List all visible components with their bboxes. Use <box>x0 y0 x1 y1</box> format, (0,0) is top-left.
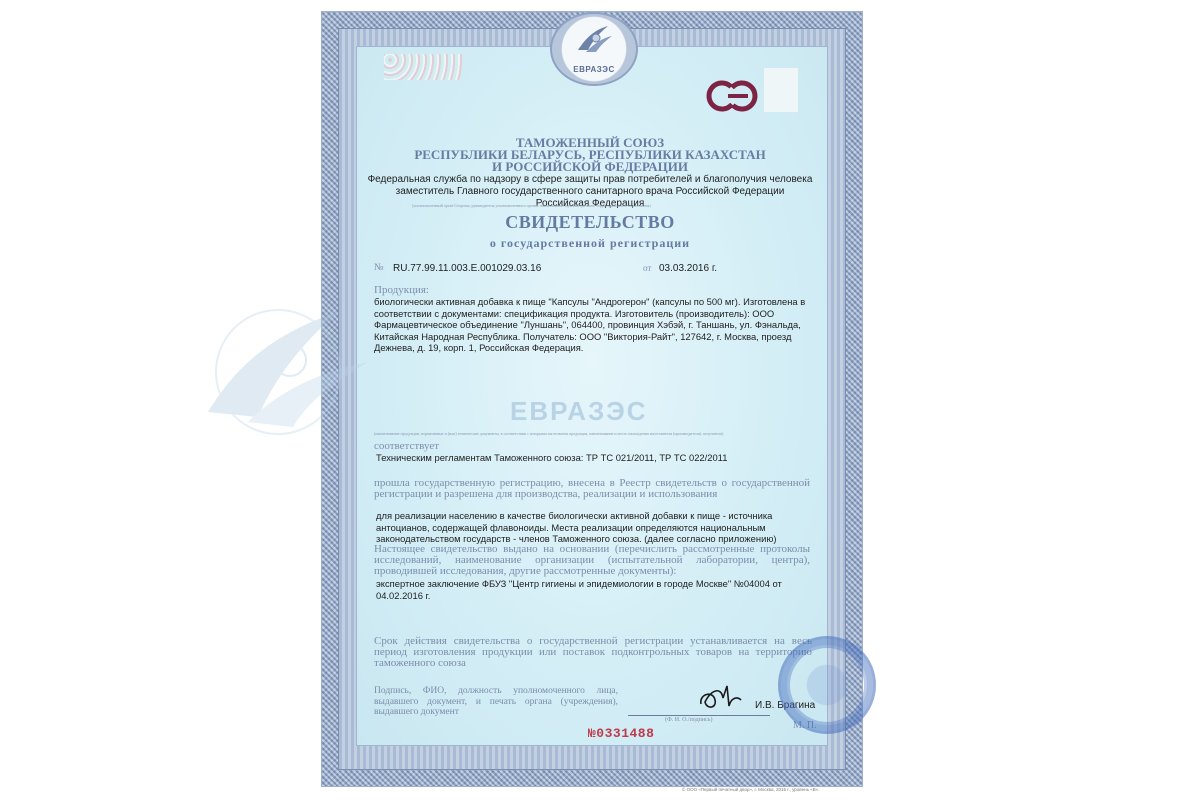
product-description: биологически активная добавка к пище "Ка… <box>374 296 812 354</box>
signature-caption: Подпись, ФИО, должность уполномоченного … <box>374 686 618 718</box>
form-number: №0331488 <box>588 726 654 741</box>
certificate-subtitle: о государственной регистрации <box>370 236 810 251</box>
signature-icon <box>697 680 747 716</box>
authority-line-1: Федеральная служба по надзору в сфере за… <box>360 174 820 186</box>
product-caption: (наименование продукции, нормативные и (… <box>374 431 810 436</box>
header-line-3: И РОССИЙСКОЙ ФЕДЕРАЦИИ <box>370 160 810 174</box>
authority-line-2: заместитель Главного государственного са… <box>370 186 810 198</box>
conforms-text: Техническим регламентам Таможенного союз… <box>376 452 812 464</box>
usage-text: для реализации населению в качестве биол… <box>376 510 796 545</box>
basis-text: экспертное заключение ФБУЗ "Центр гигиен… <box>376 578 802 601</box>
eurasec-emblem: ЕВРАЗЭС <box>550 12 638 86</box>
blank-patch <box>764 68 798 112</box>
official-seal-stamp <box>778 636 876 734</box>
registration-date: 03.03.2016 г. <box>659 263 717 274</box>
basis-statement: Настоящее свидетельство выдано на основа… <box>374 544 810 577</box>
certificate-title: СВИДЕТЕЛЬСТВО <box>370 212 810 233</box>
printer-footer: © ООО «Первый печатный двор», г. Москва,… <box>682 787 819 792</box>
product-label: Продукция: <box>374 284 429 296</box>
emblem-label: ЕВРАЗЭС <box>573 65 615 74</box>
conforms-label: соответствует <box>374 440 439 452</box>
number-label: № <box>374 262 384 273</box>
date-label: от <box>643 263 651 273</box>
watermark-text: ЕВРАЗЭС <box>510 396 648 427</box>
signature-line <box>628 715 770 716</box>
registration-statement: прошла государственную регистрацию, внес… <box>374 478 810 500</box>
registration-number: RU.77.99.11.003.E.001029.03.16 <box>393 263 541 274</box>
eurasec-watermark-icon <box>178 302 378 442</box>
eurasec-logo-icon <box>574 24 614 54</box>
authority-caption: (уполномоченный орган Стороны, руководит… <box>412 203 772 208</box>
sanitary-conformity-mark-icon <box>704 78 760 114</box>
validity-statement: Срок действия свидетельства о государств… <box>374 636 812 669</box>
hologram-strip <box>384 54 462 80</box>
signatory-caption: (Ф. И. О./подпись) <box>665 717 712 723</box>
